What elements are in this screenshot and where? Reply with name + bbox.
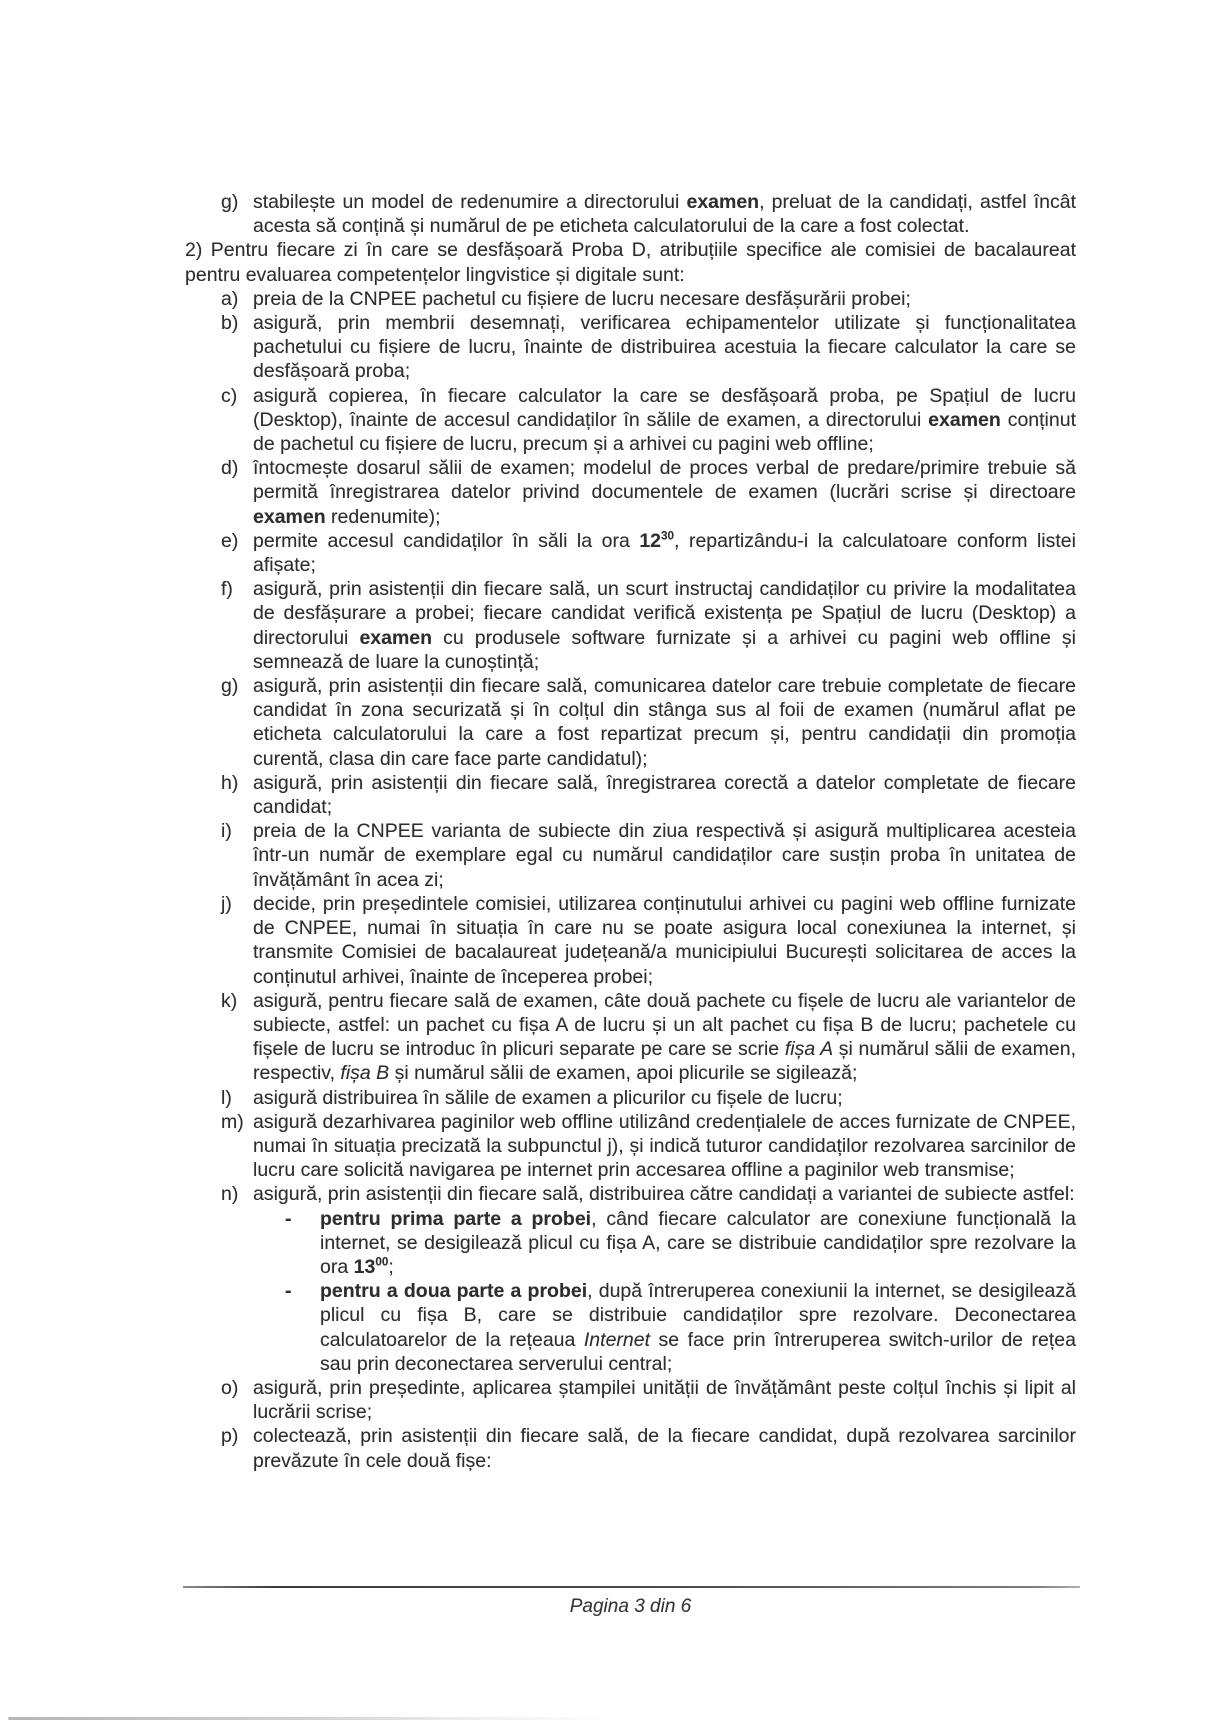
item-marker: k) (221, 989, 237, 1013)
footer-divider (183, 1586, 1080, 1588)
item-marker: l) (221, 1086, 232, 1110)
scan-artifact (8, 1717, 608, 1720)
scanned-document-page: g)stabilește un model de redenumire a di… (0, 0, 1225, 1733)
item-marker: c) (221, 384, 237, 408)
list-item: o)asigură, prin președinte, aplicarea șt… (185, 1376, 1076, 1424)
list-item: l)asigură distribuirea în sălile de exam… (185, 1086, 1076, 1110)
sub-bullet: -pentru a doua parte a probei, după într… (185, 1279, 1076, 1376)
page-footer: Pagina 3 din 6 (185, 1596, 1076, 1618)
list-item: d)întocmește dosarul sălii de examen; mo… (185, 456, 1076, 529)
item-marker: p) (221, 1424, 238, 1448)
list-item: c)asigură copierea, în fiecare calculato… (185, 384, 1076, 457)
list-item: j)decide, prin președintele comisiei, ut… (185, 892, 1076, 989)
list-item: k)asigură, pentru fiecare sală de examen… (185, 989, 1076, 1086)
sub-bullet: -pentru prima parte a probei, când fieca… (185, 1207, 1076, 1280)
list-item: g)stabilește un model de redenumire a di… (185, 190, 1076, 238)
list-item: i)preia de la CNPEE varianta de subiecte… (185, 819, 1076, 892)
page-number: Pagina 3 din 6 (570, 1596, 692, 1617)
item-marker: f) (221, 577, 233, 601)
item-marker: - (285, 1207, 292, 1231)
list-item: h)asigură, prin asistenții din fiecare s… (185, 771, 1076, 819)
item-marker: b) (221, 311, 238, 335)
list-item: a)preia de la CNPEE pachetul cu fișiere … (185, 287, 1076, 311)
list-item: e)permite accesul candidaților în săli l… (185, 529, 1076, 577)
list-item: b)asigură, prin membrii desemnați, verif… (185, 311, 1076, 384)
item-marker: n) (221, 1182, 238, 1206)
item-marker: m) (221, 1110, 244, 1134)
list-item: p)colectează, prin asistenții din fiecar… (185, 1424, 1076, 1472)
list-item: n)asigură, prin asistenții din fiecare s… (185, 1182, 1076, 1206)
item-marker: e) (221, 529, 238, 553)
item-marker: g) (221, 674, 238, 698)
paragraph: 2) Pentru fiecare zi în care se desfășoa… (185, 238, 1076, 286)
item-marker: j) (221, 892, 232, 916)
item-marker: h) (221, 771, 238, 795)
item-marker: i) (221, 819, 232, 843)
item-marker: a) (221, 287, 238, 311)
item-marker: - (285, 1279, 292, 1303)
list-item: f)asigură, prin asistenții din fiecare s… (185, 577, 1076, 674)
item-marker: o) (221, 1376, 238, 1400)
item-marker: g) (221, 190, 238, 214)
list-item: m)asigură dezarhivarea paginilor web off… (185, 1110, 1076, 1183)
list-item: g)asigură, prin asistenții din fiecare s… (185, 674, 1076, 771)
item-marker: d) (221, 456, 238, 480)
document-content: g)stabilește un model de redenumire a di… (185, 190, 1076, 1473)
